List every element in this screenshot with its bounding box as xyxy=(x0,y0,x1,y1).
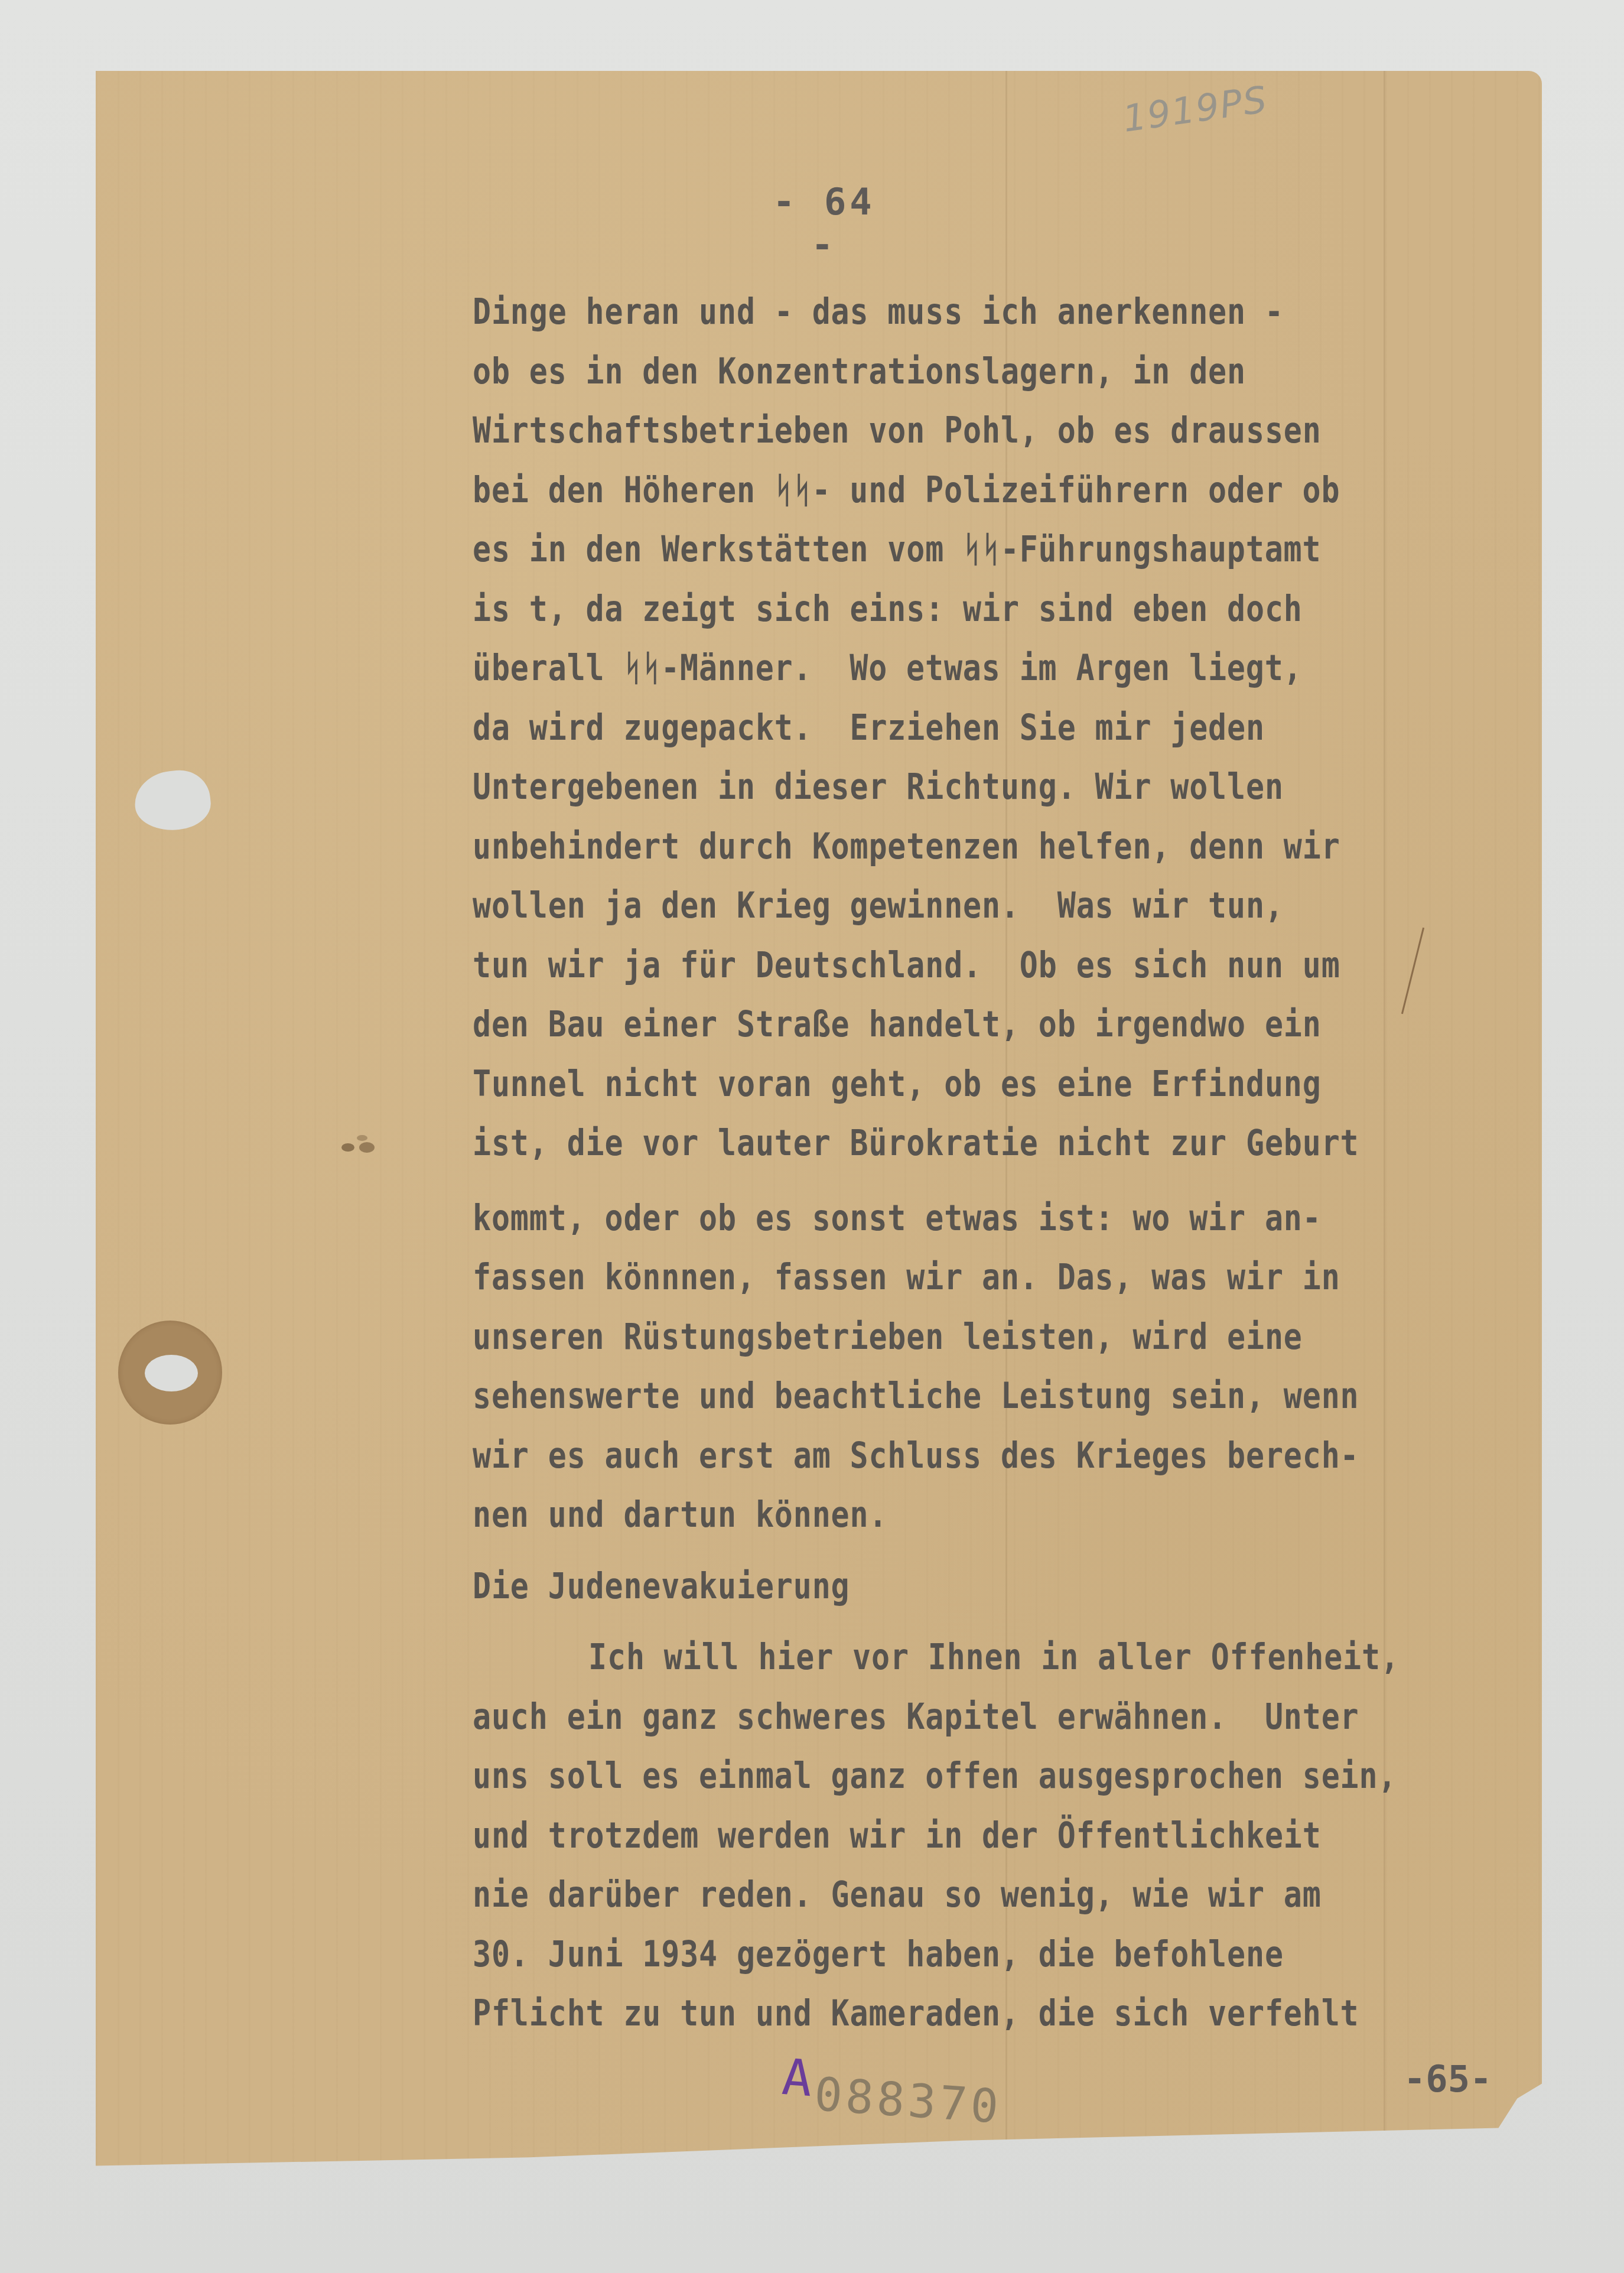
text-line: nie darüber reden. Genau so wenig, wie w… xyxy=(473,1865,1397,1925)
text-line: kommt, oder ob es sonst etwas ist: wo wi… xyxy=(473,1189,1397,1248)
text-line: ist, die vor lauter Bürokratie nicht zur… xyxy=(473,1114,1397,1173)
text-line: tun wir ja für Deutschland. Ob es sich n… xyxy=(473,936,1397,996)
text-line: Wirtschaftsbetrieben von Pohl, ob es dra… xyxy=(473,401,1397,461)
text-line: und trotzdem werden wir in der Öffentlic… xyxy=(473,1806,1397,1866)
text-line: uns soll es einmal ganz offen ausgesproc… xyxy=(473,1747,1397,1806)
text-line: Ich will hier vor Ihnen in aller Offenhe… xyxy=(473,1628,1397,1687)
text-line: is t, da zeigt sich eins: wir sind eben … xyxy=(473,580,1397,639)
text-line: unseren Rüstungsbetrieben leisten, wird … xyxy=(473,1308,1397,1367)
text-line: überall ᛋᛋ-Männer. Wo etwas im Argen lie… xyxy=(473,639,1397,698)
text-line: wir es auch erst am Schluss des Krieges … xyxy=(473,1426,1397,1486)
text-line: bei den Höheren ᛋᛋ- und Polizeiführern o… xyxy=(473,461,1397,521)
ink-stain xyxy=(341,1143,354,1152)
text-line: es in den Werkstätten vom ᛋᛋ-Führungshau… xyxy=(473,520,1397,580)
stamp-letter: A xyxy=(780,2048,814,2108)
text-line: Untergebenen in dieser Richtung. Wir wol… xyxy=(473,757,1397,817)
punch-hole-ring-stain xyxy=(118,1321,222,1425)
punch-hole xyxy=(145,1355,198,1391)
text-line: Tunnel nicht voran geht, ob es eine Erfi… xyxy=(473,1055,1397,1114)
text-line: ob es in den Konzentrationslagern, in de… xyxy=(473,342,1397,402)
text-line: wollen ja den Krieg gewinnen. Was wir tu… xyxy=(473,876,1397,936)
text-line: den Bau einer Straße handelt, ob irgendw… xyxy=(473,995,1397,1055)
text-line: da wird zugepackt. Erziehen Sie mir jede… xyxy=(473,698,1397,758)
text-line: unbehindert durch Kompetenzen helfen, de… xyxy=(473,817,1397,877)
page-number: - 64 - xyxy=(756,180,892,266)
typewritten-body: Dinge heran und - das muss ich anerkenne… xyxy=(473,282,1397,2044)
text-line: sehenswerte und beachtliche Leistung sei… xyxy=(473,1367,1397,1426)
text-line: auch ein ganz schweres Kapitel erwähnen.… xyxy=(473,1687,1397,1747)
text-line: Pflicht zu tun und Kameraden, die sich v… xyxy=(473,1984,1397,2044)
text-line: nen und dartun können. xyxy=(473,1485,1397,1545)
section-heading: Die Judenevakuierung xyxy=(473,1557,1397,1617)
text-line: 30. Juni 1934 gezögert haben, die befohl… xyxy=(473,1925,1397,1985)
text-line: fassen könnnen, fassen wir an. Das, was … xyxy=(473,1248,1397,1308)
next-page-marker: -65- xyxy=(1404,2057,1492,2100)
text-line: Dinge heran und - das muss ich anerkenne… xyxy=(473,282,1397,342)
